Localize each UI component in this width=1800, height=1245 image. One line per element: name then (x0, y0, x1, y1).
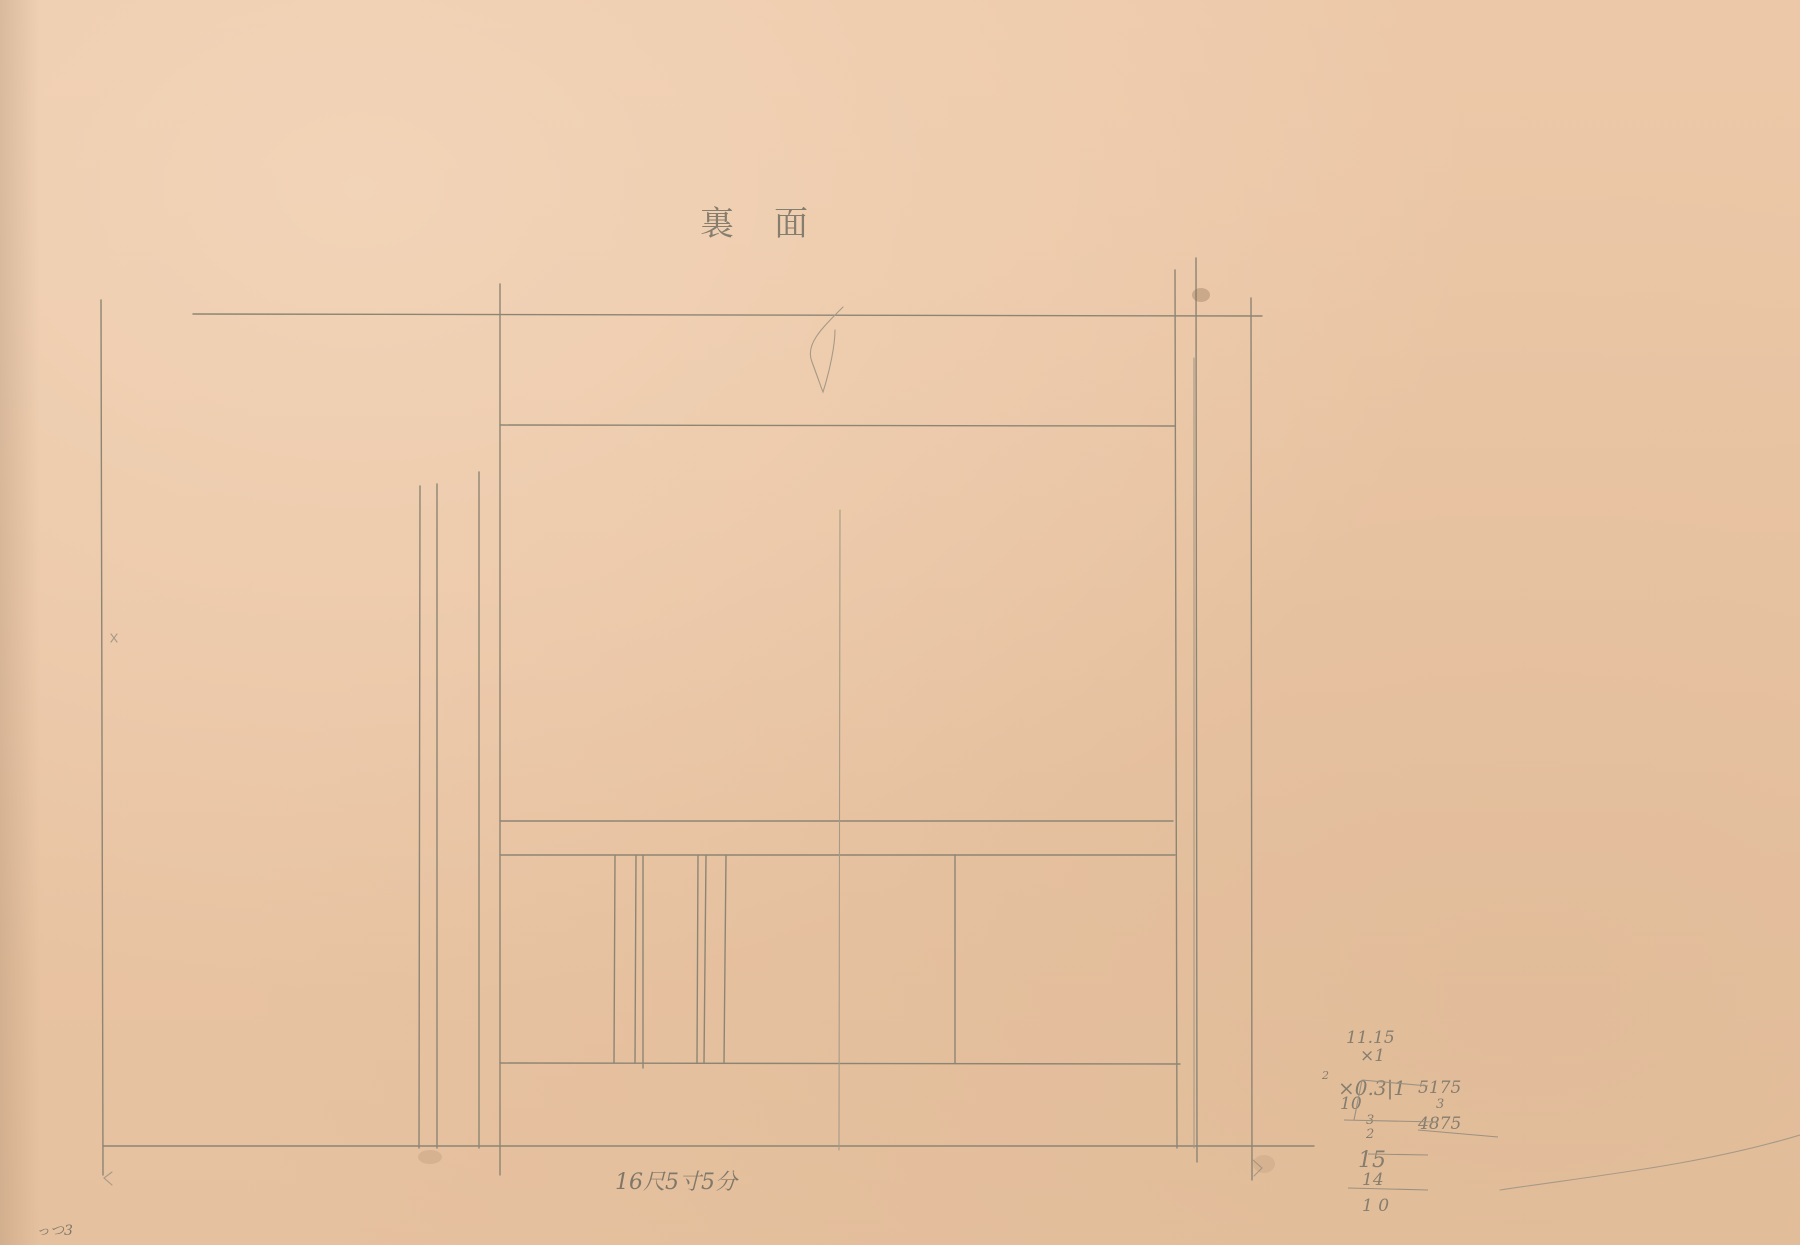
elevation-linework (0, 0, 1800, 1245)
stain (418, 1150, 442, 1164)
frame-right-line (1175, 270, 1177, 1148)
right-edge-line (1251, 298, 1252, 1180)
sketch-mark (810, 307, 843, 392)
panel-line-5 (704, 856, 706, 1063)
panel-line-1 (614, 856, 615, 1063)
panel-line-2 (635, 856, 636, 1063)
sheet-number: っつ3 (36, 1220, 73, 1240)
panel-line-6 (724, 856, 726, 1063)
left-edge-line (101, 300, 103, 1175)
cross-mark (111, 634, 117, 642)
drawing-sheet: 裏面 16尺5寸5分 っつ3 11.15 ×1 2 ×0.3|1 5175 10… (0, 0, 1800, 1245)
calc-rules (1318, 1030, 1518, 1230)
transom-line (500, 425, 1175, 426)
post-line (1196, 258, 1197, 1162)
panel-line-4 (697, 856, 698, 1063)
dimension-arrow-left (104, 1172, 112, 1185)
stain (1253, 1155, 1275, 1173)
center-line (839, 510, 840, 1150)
top-line (193, 314, 1262, 316)
paper-crease (1500, 1135, 1800, 1190)
drawing-title: 裏面 (700, 196, 848, 245)
base-line (500, 1063, 1180, 1064)
column-line-1 (419, 486, 420, 1148)
dimension-note: 16尺5寸5分 (615, 1165, 737, 1196)
stain (1192, 288, 1210, 302)
